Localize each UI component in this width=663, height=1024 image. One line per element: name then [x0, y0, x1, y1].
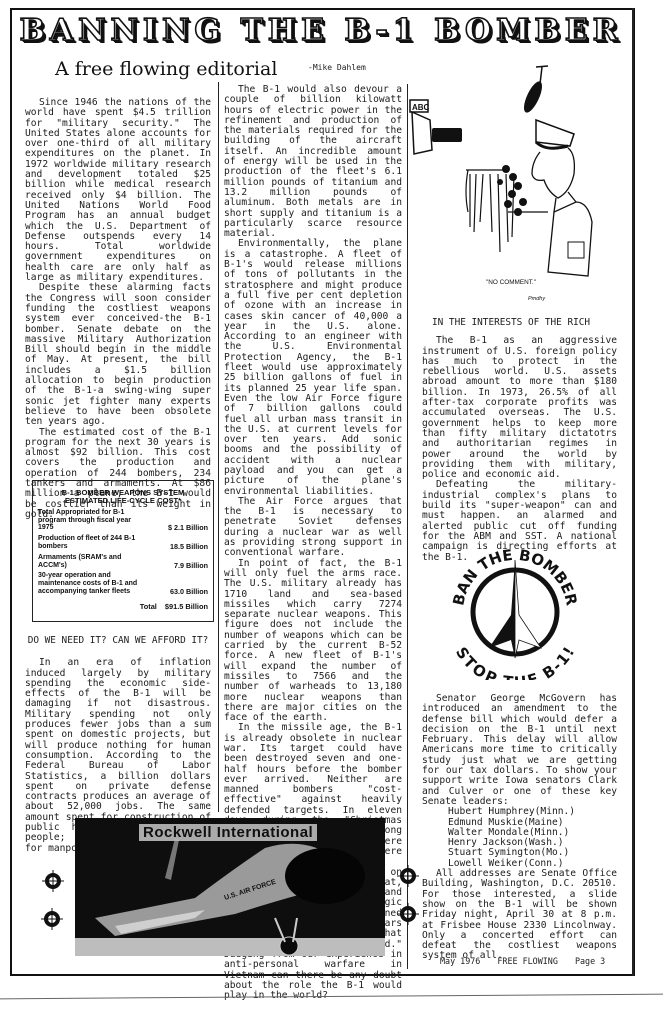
b1-bomber-photo: U.S. AIR FORCE Rockwell International: [75, 818, 385, 956]
paragraph: Environmentally, the plane is a catastro…: [224, 239, 402, 496]
cost-total: Total $91.5 Billion: [38, 602, 208, 611]
paragraph: The B-1 would also devour a couple of bi…: [224, 85, 402, 239]
banner-headline: BANNING THE B-1 BOMBER: [14, 14, 628, 48]
cost-row: Total Appropriated for B-1 program throu…: [38, 509, 208, 532]
byline: -Mike Dahlem: [308, 63, 366, 72]
column-3: IN THE INTERESTS OF THE RICH The B-1 as …: [422, 318, 617, 563]
registration-mark-icon: [397, 903, 419, 925]
cost-table-title: B-1 BOMBER WEAPONS SYSTEM ESTIMATED LIFE…: [38, 489, 208, 506]
section-heading: DO WE NEED IT? CAN WE AFFORD IT?: [25, 636, 211, 646]
page-footer: May 1976 FREE FLOWING Page 3: [440, 956, 617, 966]
senator-list: Hubert Humphrey(Minn.) Edmund Muskie(Mai…: [422, 807, 617, 869]
cost-row: Armaments (SRAM's and ACCM's) 7.9 Billio…: [38, 554, 208, 570]
registration-mark-icon: [42, 870, 64, 892]
paragraph: Since 1946 the nations of the world have…: [25, 98, 211, 283]
cartoon-illustration: ABC "NO COMMENT." Pmdhy: [408, 62, 608, 302]
editorial-title: A free flowing editorial: [55, 58, 277, 80]
paragraph: Despite these alarming facts the Congres…: [25, 283, 211, 427]
cost-row: 30-year operation and maintenance costs …: [38, 572, 208, 595]
column-1: Since 1946 the nations of the world have…: [25, 98, 211, 520]
paragraph: In point of fact, the B-1 will only fuel…: [224, 559, 402, 724]
footer-publication: FREE FLOWING: [497, 956, 558, 966]
camera-label: ABC: [412, 103, 430, 112]
cost-row: Production of fleet of 244 B-1 bombers 1…: [38, 535, 208, 551]
paragraph: All addresses are Senate Office Building…: [422, 869, 617, 962]
registration-mark-icon: [41, 908, 63, 930]
column-rule-1: [218, 82, 219, 812]
paragraph: The Air Force argues that the B-1 is nec…: [224, 497, 402, 559]
cartoonist-signature: Pmdhy: [528, 296, 546, 302]
cartoon-caption: "NO COMMENT.": [486, 279, 536, 286]
photo-caption: Rockwell International: [139, 824, 317, 841]
paragraph: The B-1 as an aggressive instrument of U…: [422, 336, 617, 480]
footer-page-number: Page 3: [575, 956, 605, 966]
ban-the-bomber-logo: BAN THE BOMBER STOP THE B-1!: [445, 540, 585, 680]
registration-mark-icon: [397, 865, 419, 887]
section-heading: IN THE INTERESTS OF THE RICH: [432, 318, 617, 328]
column-rule-right: [632, 8, 634, 976]
column-3-lower: Senator George McGovern has introduced a…: [422, 694, 617, 962]
footer-date: May 1976: [440, 956, 480, 966]
cost-table: B-1 BOMBER WEAPONS SYSTEM ESTIMATED LIFE…: [32, 480, 214, 622]
paragraph: Senator George McGovern has introduced a…: [422, 694, 617, 807]
